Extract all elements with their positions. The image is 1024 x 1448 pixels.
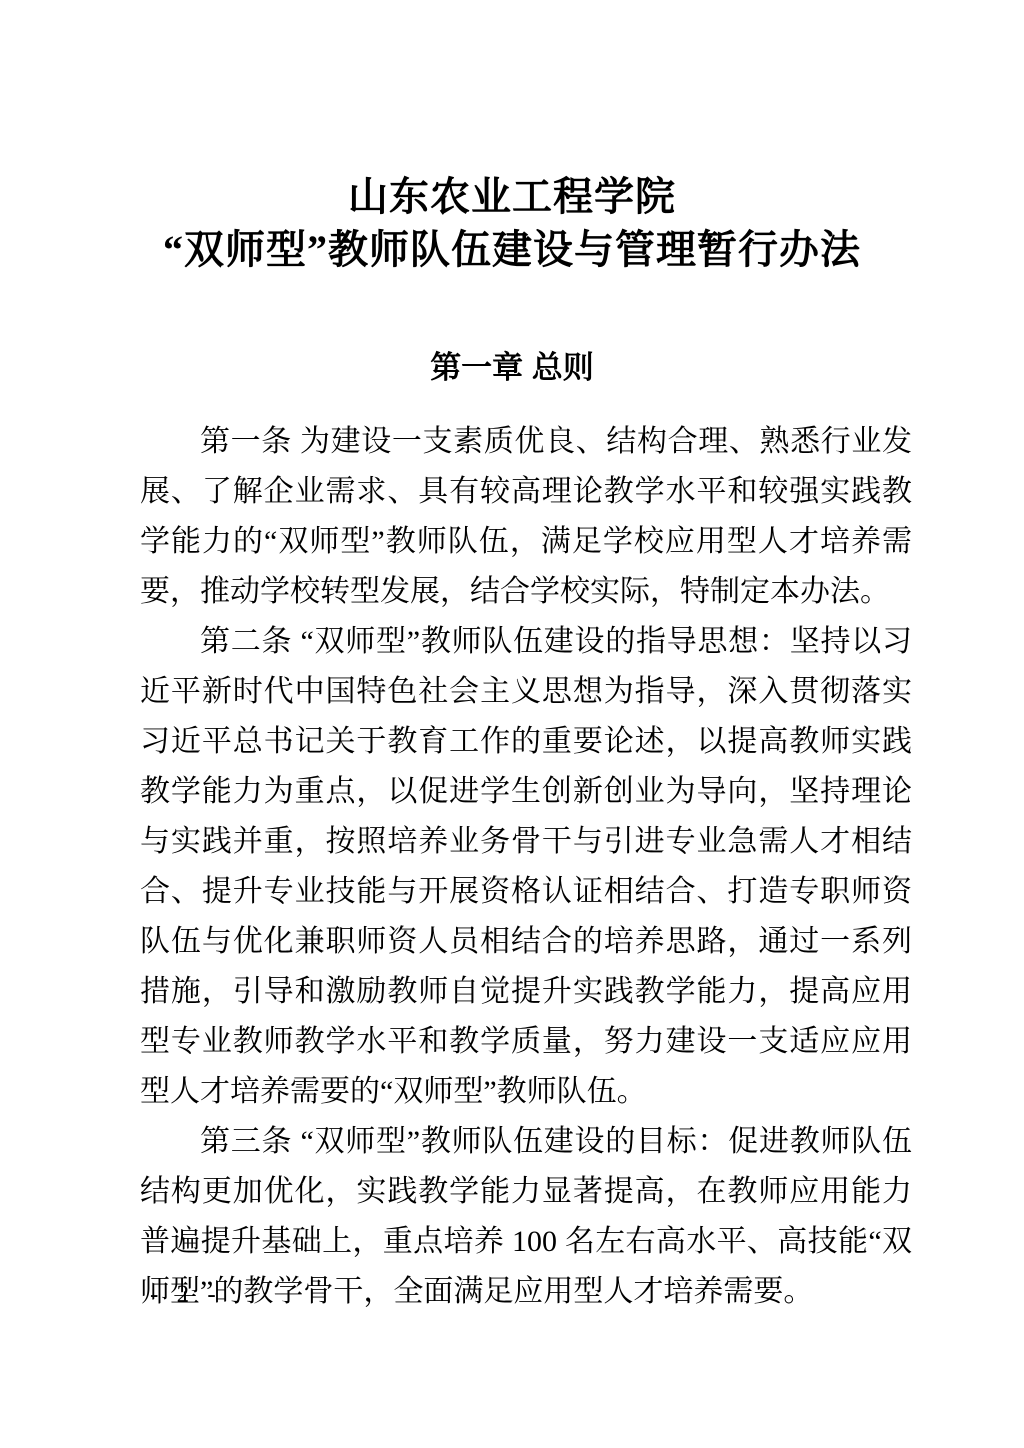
document-title: 山东农业工程学院 “双师型”教师队伍建设与管理暂行办法 <box>0 170 1024 276</box>
document-title-line2: “双师型”教师队伍建设与管理暂行办法 <box>0 223 1024 276</box>
paragraph-article-2: 第二条 “双师型”教师队伍建设的指导思想：坚持以习近平新时代中国特色社会主义思想… <box>140 617 912 1117</box>
page-number: - 2 - <box>150 1280 222 1310</box>
document-title-line1: 山东农业工程学院 <box>0 170 1024 223</box>
document-body: 第一条 为建设一支素质优良、结构合理、熟悉行业发展、了解企业需求、具有较高理论教… <box>140 417 912 1317</box>
paragraph-article-3: 第三条 “双师型”教师队伍建设的目标：促进教师队伍结构更加优化，实践教学能力显著… <box>140 1117 912 1317</box>
paragraph-article-1: 第一条 为建设一支素质优良、结构合理、熟悉行业发展、了解企业需求、具有较高理论教… <box>140 417 912 617</box>
document-page: 山东农业工程学院 “双师型”教师队伍建设与管理暂行办法 第一章 总则 第一条 为… <box>0 0 1024 1448</box>
chapter-heading: 第一章 总则 <box>0 350 1024 386</box>
